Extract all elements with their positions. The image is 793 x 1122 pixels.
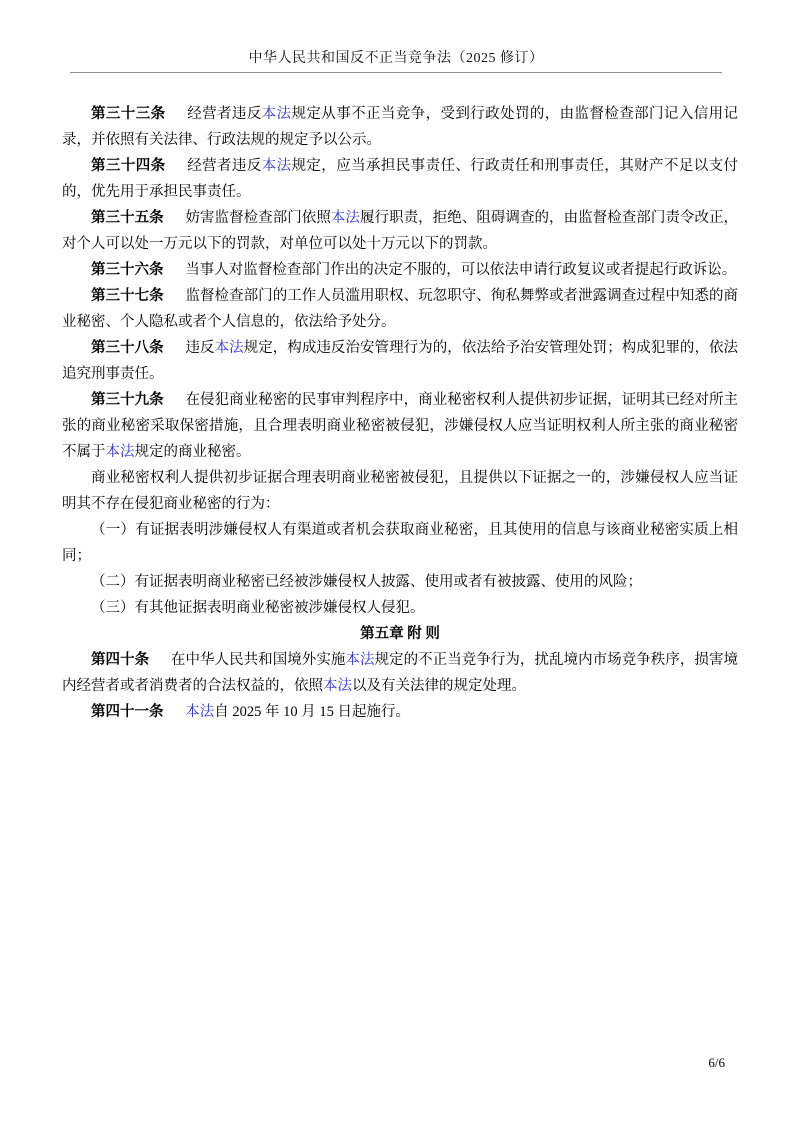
- text-run: （一）有证据表明涉嫌侵权人有渠道或者机会获取商业秘密，且其使用的信息与该商业秘密…: [62, 522, 738, 564]
- text-run: 经营者违反: [187, 158, 261, 174]
- article-35-number: 第三十五条: [91, 210, 164, 226]
- benfa-link[interactable]: 本法: [106, 444, 135, 460]
- text-run: 在中华人民共和国境外实施: [171, 652, 346, 668]
- article-37-number: 第三十七条: [91, 288, 164, 304]
- paragraph-burden-of-proof: 商业秘密权利人提供初步证据合理表明商业秘密被侵犯，且提供以下证据之一的，涉嫌侵权…: [62, 465, 738, 517]
- article-40-number: 第四十条: [91, 652, 149, 668]
- article-34-number: 第三十四条: [91, 158, 165, 174]
- paragraph-article-33: 第三十三条经营者违反本法规定从事不正当竞争，受到行政处罚的，由监督检查部门记入信…: [62, 101, 738, 153]
- benfa-link[interactable]: 本法: [323, 678, 352, 694]
- benfa-link[interactable]: 本法: [185, 704, 214, 720]
- chapter-heading: 第五章 附 则: [62, 621, 738, 647]
- page-title: 中华人民共和国反不正当竞争法（2025 修订）: [249, 47, 544, 67]
- text-run: 妨害监督检查部门依照: [185, 210, 330, 226]
- article-36-number: 第三十六条: [91, 262, 164, 278]
- list-item-3: （三）有其他证据表明商业秘密被涉嫌侵权人侵犯。: [62, 595, 738, 621]
- benfa-link[interactable]: 本法: [331, 210, 360, 226]
- text-run: （三）有其他证据表明商业秘密被涉嫌侵权人侵犯。: [91, 600, 425, 616]
- paragraph-article-38: 第三十八条违反本法规定，构成违反治安管理行为的，依法给予治安管理处罚；构成犯罪的…: [62, 335, 738, 387]
- article-39-number: 第三十九条: [91, 392, 164, 408]
- page-header: 中华人民共和国反不正当竞争法（2025 修订）: [70, 0, 722, 73]
- text-run: 当事人对监督检查部门作出的决定不服的，可以依法申请行政复议或者提起行政诉讼。: [185, 262, 736, 278]
- article-41-number: 第四十一条: [91, 704, 164, 720]
- benfa-link[interactable]: 本法: [262, 106, 292, 122]
- document-page: 中华人民共和国反不正当竞争法（2025 修订） 第三十三条经营者违反本法规定从事…: [0, 0, 793, 1122]
- text-run: 以及有关法律的规定处理。: [352, 678, 526, 694]
- paragraph-article-40: 第四十条在中华人民共和国境外实施本法规定的不正当竞争行为，扰乱境内市场竞争秩序，…: [62, 647, 738, 699]
- text-run: 经营者违反: [187, 106, 261, 122]
- paragraph-article-35: 第三十五条妨害监督检查部门依照本法履行职责，拒绝、阻碍调查的，由监督检查部门责令…: [62, 205, 738, 257]
- page-number: 6/6: [708, 1055, 725, 1071]
- paragraph-article-37: 第三十七条监督检查部门的工作人员滥用职权、玩忽职守、徇私舞弊或者泄露调查过程中知…: [62, 283, 738, 335]
- paragraph-article-41: 第四十一条本法自 2025 年 10 月 15 日起施行。: [62, 699, 738, 725]
- article-33-number: 第三十三条: [91, 106, 165, 122]
- paragraph-article-39: 第三十九条在侵犯商业秘密的民事审判程序中，商业秘密权利人提供初步证据，证明其已经…: [62, 387, 738, 465]
- text-run: 自 2025 年 10 月 15 日起施行。: [214, 704, 410, 720]
- benfa-link[interactable]: 本法: [345, 652, 374, 668]
- text-run: 违反: [185, 340, 214, 356]
- article-38-number: 第三十八条: [91, 340, 164, 356]
- paragraph-article-34: 第三十四条经营者违反本法规定，应当承担民事责任、行政责任和刑事责任，其财产不足以…: [62, 153, 738, 205]
- text-run: 规定的商业秘密。: [135, 444, 251, 460]
- benfa-link[interactable]: 本法: [215, 340, 244, 356]
- list-item-2: （二）有证据表明商业秘密已经被涉嫌侵权人披露、使用或者有被披露、使用的风险；: [62, 569, 738, 595]
- paragraph-article-36: 第三十六条当事人对监督检查部门作出的决定不服的，可以依法申请行政复议或者提起行政…: [62, 257, 738, 283]
- text-run: 商业秘密权利人提供初步证据合理表明商业秘密被侵犯，且提供以下证据之一的，涉嫌侵权…: [62, 470, 738, 512]
- text-run: （二）有证据表明商业秘密已经被涉嫌侵权人披露、使用或者有被披露、使用的风险；: [91, 574, 642, 590]
- document-body: 第三十三条经营者违反本法规定从事不正当竞争，受到行政处罚的，由监督检查部门记入信…: [62, 101, 738, 725]
- benfa-link[interactable]: 本法: [262, 158, 292, 174]
- list-item-1: （一）有证据表明涉嫌侵权人有渠道或者机会获取商业秘密，且其使用的信息与该商业秘密…: [62, 517, 738, 569]
